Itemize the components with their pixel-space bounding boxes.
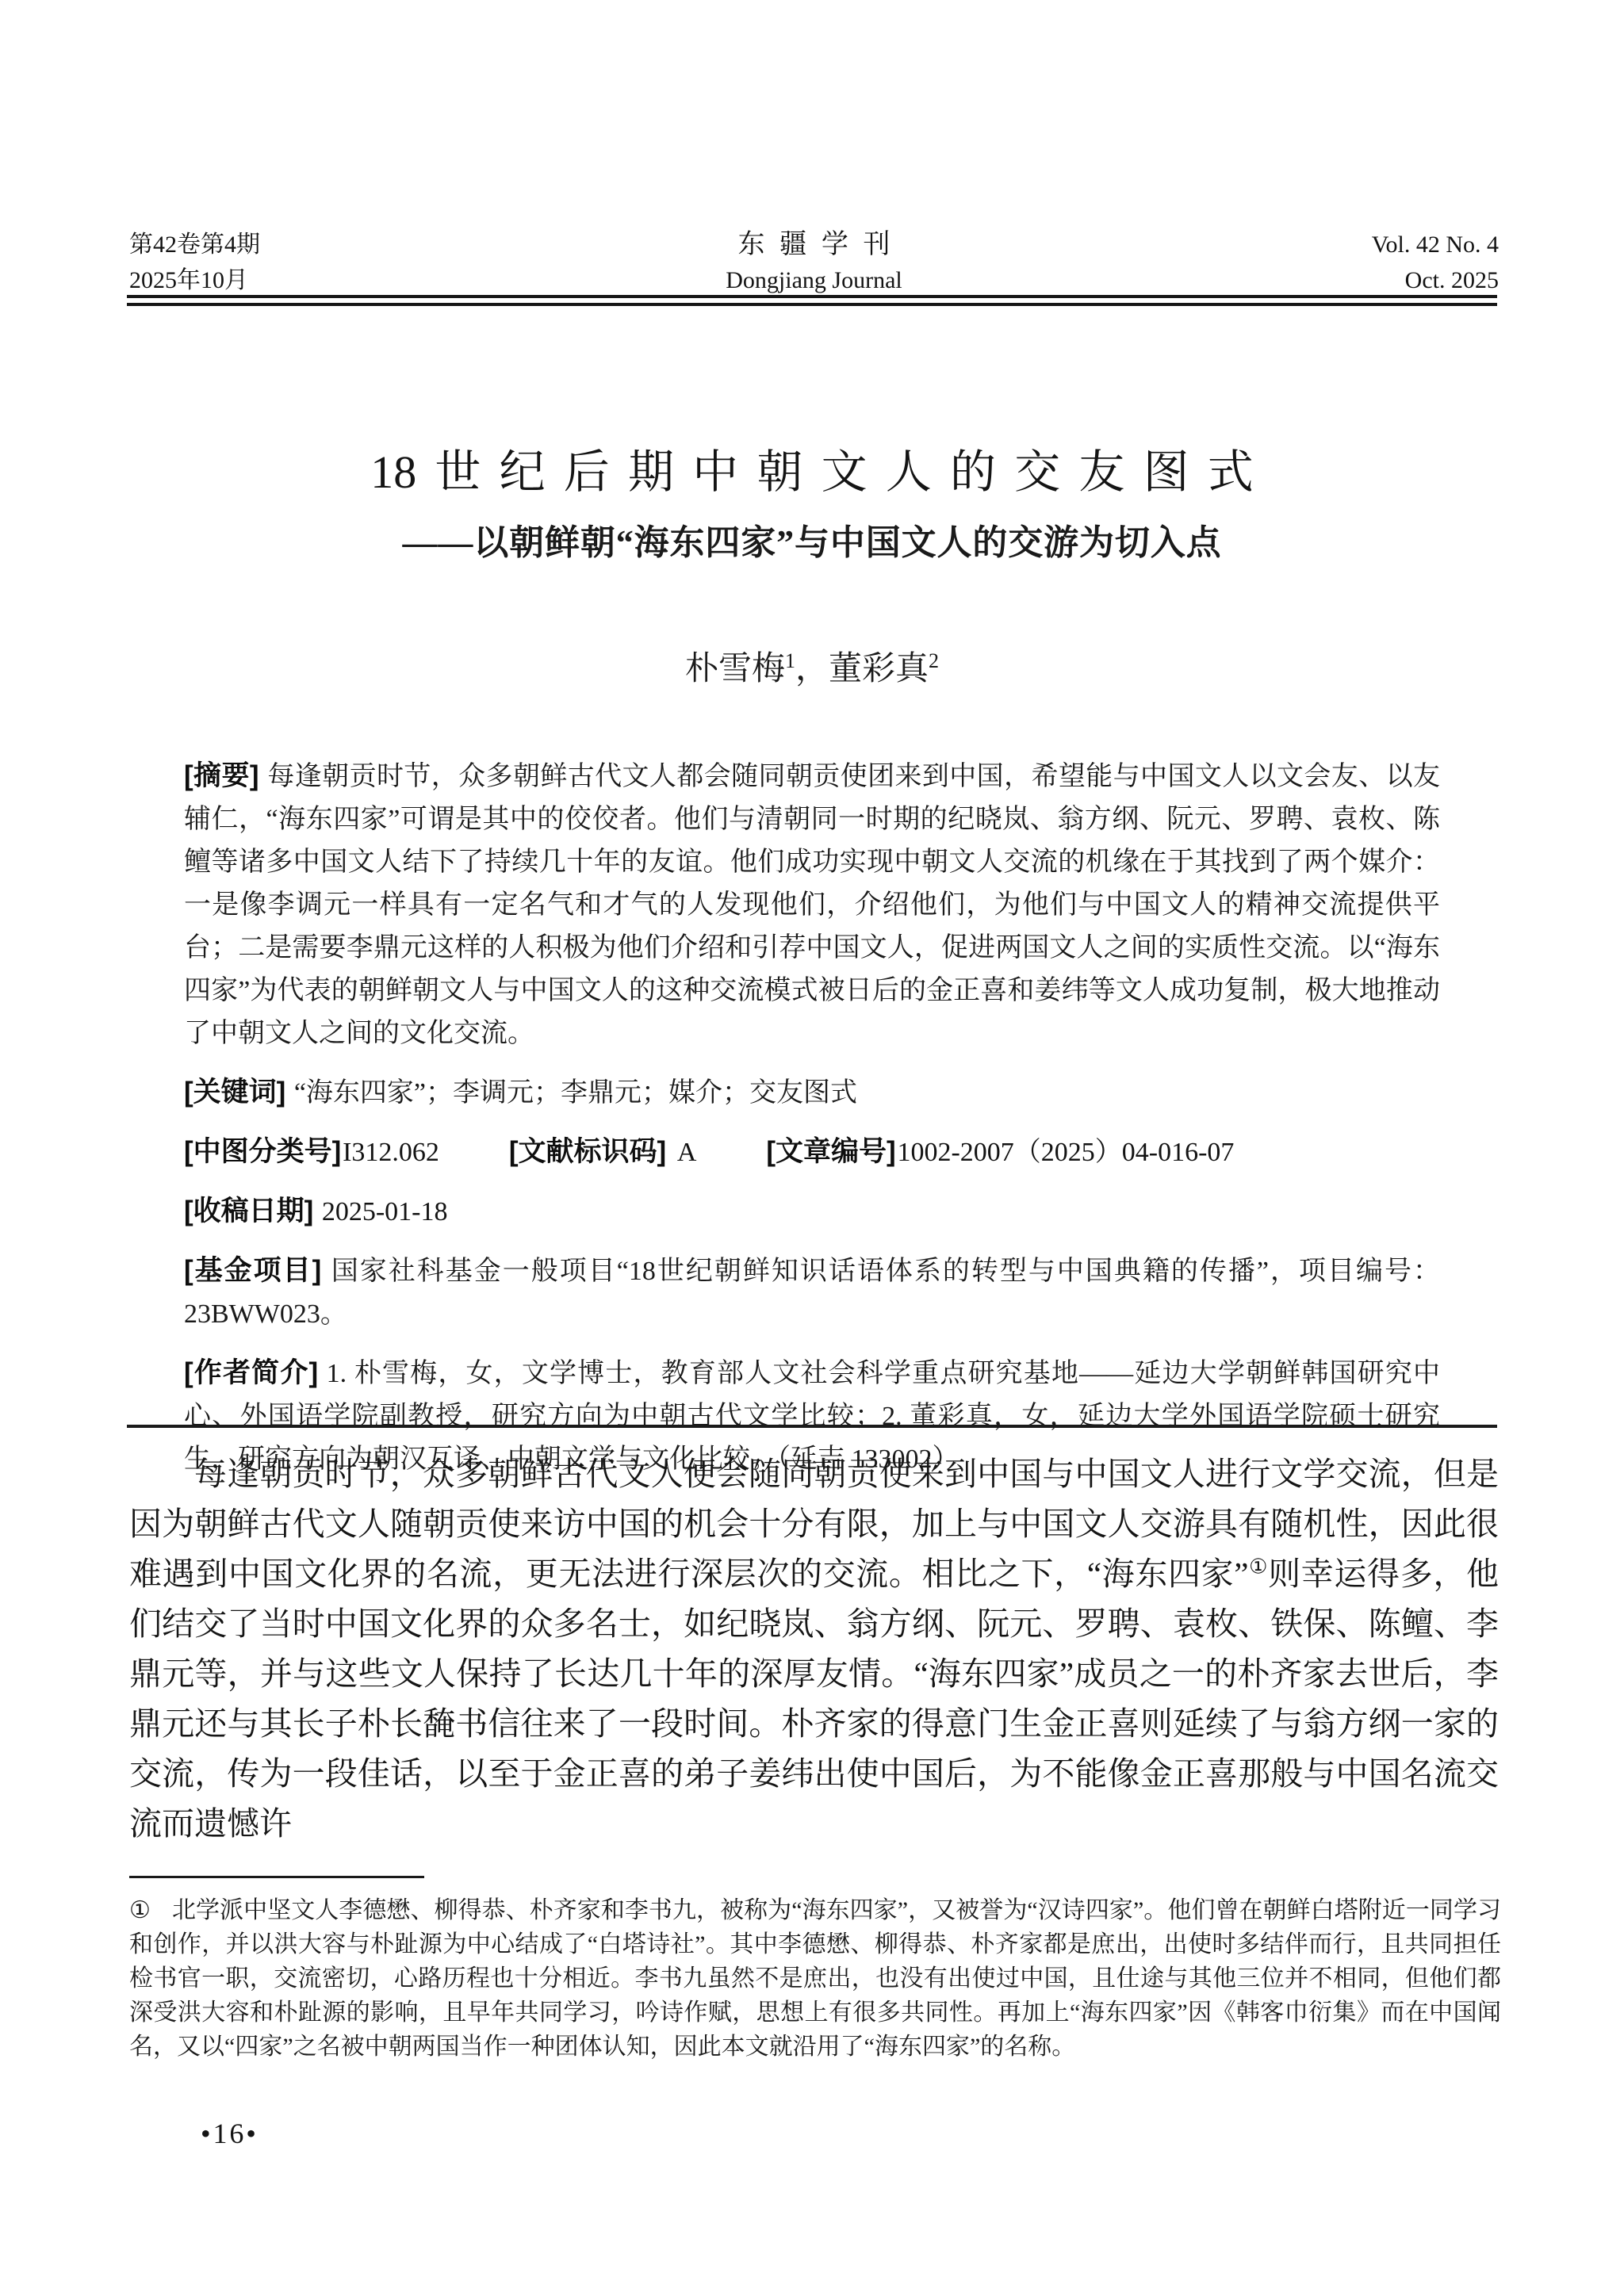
issue-info-cn: 第42卷第4期 2025年10月 <box>129 227 415 298</box>
volume-issue-en: Vol. 42 No. 4 <box>1213 227 1499 262</box>
article-id-label: [文章编号] <box>766 1136 895 1167</box>
footnote-1-reference: ① <box>1248 1555 1268 1578</box>
received-date-block: [收稿日期]2025-01-18 <box>184 1190 1440 1234</box>
author-2-affiliation-mark: 2 <box>929 649 939 672</box>
article-title-text: 世纪后期中朝文人的交友图式 <box>435 446 1272 498</box>
body-paragraph-1: 每逢朝贡时节，众多朝鲜古代文人便会随同朝贡使来到中国与中国文人进行文学交流，但是… <box>129 1449 1499 1849</box>
abstract-text: 每逢朝贡时节，众多朝鲜古代文人都会随同朝贡使团来到中国，希望能与中国文人以文会友… <box>184 762 1440 1048</box>
keywords-label: [关键词] <box>184 1077 285 1108</box>
article-title-number: 18 <box>370 446 416 498</box>
clc-value: I312.062 <box>343 1138 439 1167</box>
clc-label: [中图分类号] <box>184 1136 341 1167</box>
journal-name-block: 东疆学刊 Dongjiang Journal <box>415 227 1213 298</box>
article-id-value: 1002-2007（2025）04-016-07 <box>897 1138 1234 1167</box>
footnote-1-text: 北学派中坚文人李德懋、柳得恭、朴齐家和李书九，被称为“海东四家”，又被誉为“汉诗… <box>129 1897 1501 2060</box>
journal-masthead: 第42卷第4期 2025年10月 东疆学刊 Dongjiang Journal … <box>129 227 1499 298</box>
front-matter-divider-rule <box>127 1425 1497 1428</box>
abstract-label: [摘要] <box>184 760 259 791</box>
article-title: 18世纪后期中朝文人的交友图式 <box>0 434 1624 501</box>
author-bio-label: [作者简介] <box>184 1357 318 1388</box>
date-cn: 2025年10月 <box>129 262 415 298</box>
keywords-block: [关键词]“海东四家”；李调元；李鼎元；媒介；交友图式 <box>184 1071 1440 1115</box>
journal-page: 第42卷第4期 2025年10月 东疆学刊 Dongjiang Journal … <box>0 0 1624 2296</box>
date-en: Oct. 2025 <box>1213 262 1499 298</box>
author-separator: ， <box>795 651 829 687</box>
footnote-separator-rule <box>129 1876 424 1878</box>
author-2-name: 董彩真 <box>829 651 929 687</box>
doc-code-label: [文献标识码] <box>509 1136 666 1167</box>
footnote-1-marker: ① <box>129 1897 151 1923</box>
fund-project-label: [基金项目] <box>184 1255 321 1286</box>
doc-code-value: A <box>677 1138 697 1167</box>
fund-project-block: [基金项目]国家社科基金一般项目“18世纪朝鲜知识话语体系的转型与中国典籍的传播… <box>184 1249 1440 1336</box>
clc-group: [中图分类号]I312.062 <box>184 1131 439 1174</box>
fund-project-text: 国家社科基金一般项目“18世纪朝鲜知识话语体系的转型与中国典籍的传播”，项目编号… <box>184 1257 1440 1329</box>
journal-name-cn: 东疆学刊 <box>415 227 1213 262</box>
keywords-text: “海东四家”；李调元；李鼎元；媒介；交友图式 <box>294 1078 857 1108</box>
article-body: 每逢朝贡时节，众多朝鲜古代文人便会随同朝贡使来到中国与中国文人进行文学交流，但是… <box>129 1449 1499 1849</box>
author-1-name: 朴雪梅 <box>685 651 785 687</box>
classification-line: [中图分类号]I312.062[文献标识码]A[文章编号]1002-2007（2… <box>184 1131 1440 1174</box>
article-id-group: [文章编号]1002-2007（2025）04-016-07 <box>766 1131 1234 1174</box>
article-subtitle: ——以朝鲜朝“海东四家”与中国文人的交游为切入点 <box>0 514 1624 564</box>
abstract-block: [摘要]每逢朝贡时节，众多朝鲜古代文人都会随同朝贡使团来到中国，希望能与中国文人… <box>184 755 1440 1055</box>
volume-issue-cn: 第42卷第4期 <box>129 227 415 262</box>
author-line: 朴雪梅1，董彩真2 <box>0 642 1624 690</box>
doc-code-group: [文献标识码]A <box>509 1131 697 1174</box>
author-1-affiliation-mark: 1 <box>785 649 795 672</box>
received-date-label: [收稿日期] <box>184 1196 313 1226</box>
issue-info-en: Vol. 42 No. 4 Oct. 2025 <box>1213 227 1499 298</box>
front-matter: [摘要]每逢朝贡时节，众多朝鲜古代文人都会随同朝贡使团来到中国，希望能与中国文人… <box>184 755 1440 1497</box>
masthead-double-rule <box>127 295 1497 306</box>
received-date-value: 2025-01-18 <box>322 1197 448 1226</box>
page-number: •16• <box>201 2117 259 2150</box>
journal-name-en: Dongjiang Journal <box>415 262 1213 298</box>
body-paragraph-1-text-b: 则幸运得多，他们结交了当时中国文化界的众多名士，如纪晓岚、翁方纲、阮元、罗聘、袁… <box>129 1556 1499 1842</box>
footnote-1: ①北学派中坚文人李德懋、柳得恭、朴齐家和李书九，被称为“海东四家”，又被誉为“汉… <box>129 1893 1501 2064</box>
